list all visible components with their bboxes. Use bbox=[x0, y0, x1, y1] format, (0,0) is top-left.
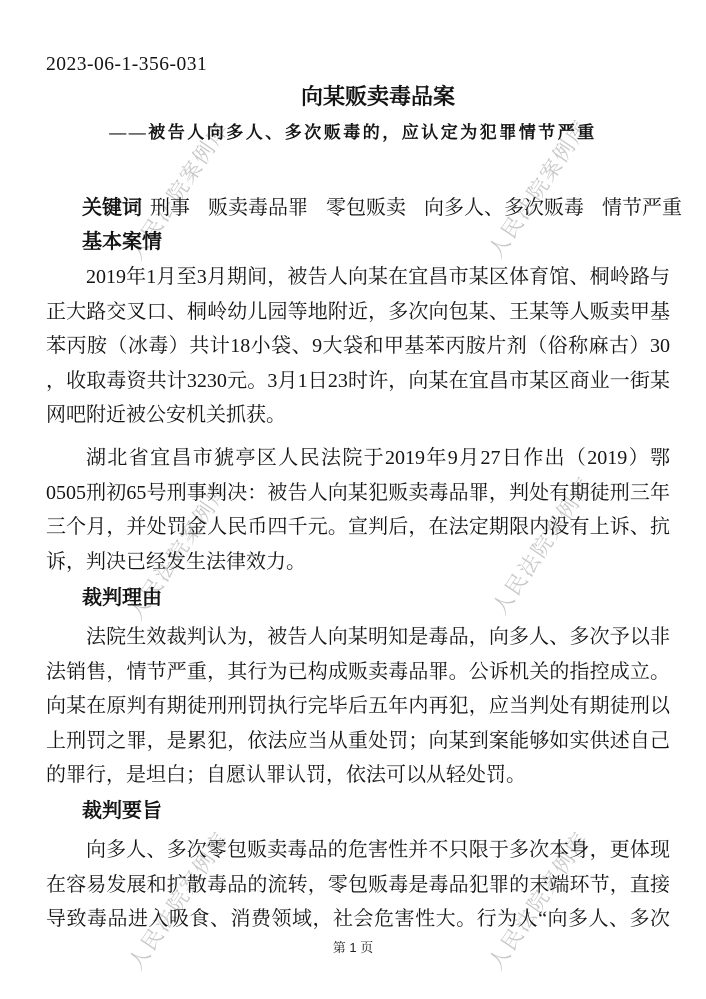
paragraph-basic-facts-1: 2019年1月至3月期间，被告人向某在宜昌市某区体育馆、桐岭路与正大路交叉口、桐… bbox=[46, 260, 670, 433]
page-number: 第 1 页 bbox=[0, 939, 706, 957]
case-title: 向某贩卖毒品案 bbox=[0, 82, 706, 112]
text-line: 0505刑初65号刑事判决：被告人向某犯贩卖毒品罪，判处有期徒刑三年 bbox=[46, 476, 670, 511]
text-line: 的罪行，是坦白；自愿认罪认罚，依法可以从轻处罚。 bbox=[46, 758, 670, 793]
paragraph-judgment-reasons: 法院生效裁判认为，被告人向某明知是毒品，向多人、多次予以非法销售，情节严重，其行… bbox=[46, 620, 670, 793]
text-line: 向多人、多次零包贩卖毒品的危害性并不只限于多次本身，更体现 bbox=[46, 833, 670, 868]
keyword-term: 刑事 bbox=[150, 197, 190, 219]
text-line: 在容易发展和扩散毒品的流转，零包贩毒是毒品犯罪的末端环节，直接 bbox=[46, 868, 670, 903]
keywords-line: 关键词刑事贩卖毒品罪零包贩卖向多人、多次贩毒情节严重 bbox=[46, 191, 670, 226]
text-line: 湖北省宜昌市猇亭区人民法院于2019年9月27日作出（2019）鄂 bbox=[46, 441, 670, 476]
document-content: 2023-06-1-356-031 向某贩卖毒品案 ——被告人向多人、多次贩毒的… bbox=[0, 0, 706, 999]
keyword-term: 零包贩卖 bbox=[326, 197, 406, 219]
section-heading-judgment-reasons: 裁判理由 bbox=[82, 583, 162, 613]
text-line: 法院生效裁判认为，被告人向某明知是毒品，向多人、多次予以非 bbox=[46, 620, 670, 655]
text-line: 法销售，情节严重，其行为已构成贩卖毒品罪。公诉机关的指控成立。 bbox=[46, 655, 670, 690]
text-line: 三个月，并处罚金人民币四千元。宣判后，在法定期限内没有上诉、抗 bbox=[46, 510, 670, 545]
text-line: 苯丙胺（冰毒）共计18小袋、9大袋和甲基苯丙胺片剂（俗称麻古）30颗 bbox=[46, 329, 670, 364]
paragraph-basic-facts-2: 湖北省宜昌市猇亭区人民法院于2019年9月27日作出（2019）鄂0505刑初6… bbox=[46, 441, 670, 579]
text-line: 网吧附近被公安机关抓获。 bbox=[46, 398, 670, 433]
keywords-label: 关键词 bbox=[82, 197, 142, 219]
text-line: 正大路交叉口、桐岭幼儿园等地附近，多次向包某、王某等人贩卖甲基 bbox=[46, 295, 670, 330]
keywords-terms: 刑事贩卖毒品罪零包贩卖向多人、多次贩毒情节严重 bbox=[150, 197, 682, 219]
text-line: 导致毒品进入吸食、消费领域，社会危害性大。行为人“向多人、多次 bbox=[46, 902, 670, 937]
text-line: 向某在原判有期徒刑刑罚执行完毕后五年内再犯，应当判处有期徒刑以 bbox=[46, 689, 670, 724]
doc-number: 2023-06-1-356-031 bbox=[46, 52, 207, 78]
text-line: 2019年1月至3月期间，被告人向某在宜昌市某区体育馆、桐岭路与 bbox=[46, 260, 670, 295]
paragraph-judgment-gist: 向多人、多次零包贩卖毒品的危害性并不只限于多次本身，更体现在容易发展和扩散毒品的… bbox=[46, 833, 670, 937]
text-line: 上刑罚之罪，是累犯，依法应当从重处罚；向某到案能够如实供述自己 bbox=[46, 724, 670, 759]
keyword-term: 情节严重 bbox=[602, 197, 682, 219]
keyword-term: 向多人、多次贩毒 bbox=[424, 197, 584, 219]
document-page: 人民法院案例库人民法院案例库人民法院案例库人民法院案例库人民法院案例库人民法院案… bbox=[0, 0, 706, 999]
text-line: ，收取毒资共计3230元。3月1日23时许，向某在宜昌市某区商业一街某 bbox=[46, 364, 670, 399]
keyword-term: 贩卖毒品罪 bbox=[208, 197, 308, 219]
section-heading-basic-facts: 基本案情 bbox=[82, 227, 162, 257]
case-subtitle: ——被告人向多人、多次贩毒的，应认定为犯罪情节严重 bbox=[0, 120, 706, 146]
section-heading-judgment-gist: 裁判要旨 bbox=[82, 796, 162, 826]
text-line: 诉，判决已经发生法律效力。 bbox=[46, 545, 670, 580]
